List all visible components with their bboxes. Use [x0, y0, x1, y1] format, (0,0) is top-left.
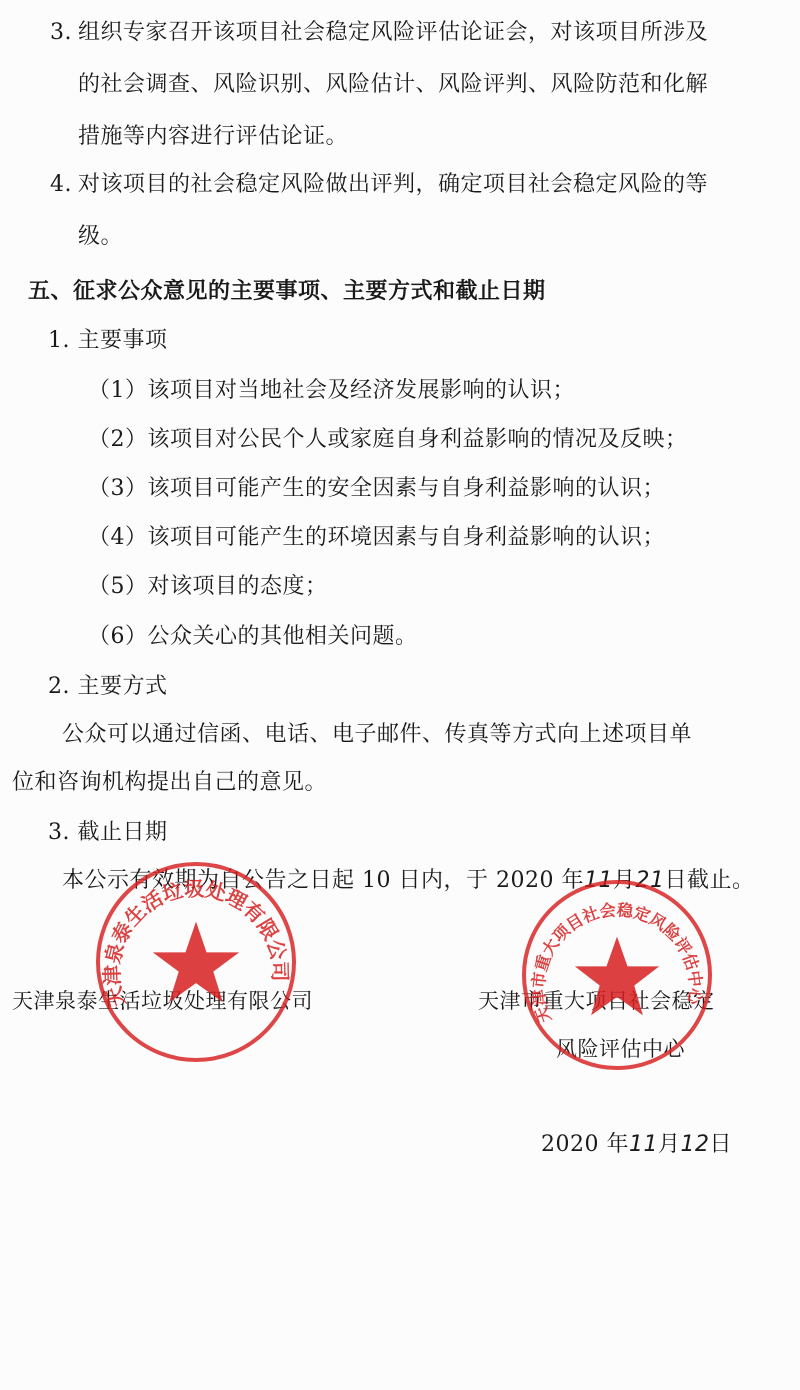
- seal-star-icon: 天津市重大项目社会稳定风险评估中心: [526, 884, 708, 1066]
- paragraph-line: 位和咨询机构提出自己的意见。: [12, 768, 327, 798]
- date-year: 2020 年: [541, 1132, 629, 1157]
- date-month: 11: [629, 1132, 658, 1157]
- list-item: （1）该项目对当地社会及经济发展影响的认识；: [88, 376, 575, 406]
- item-3-line-2: 的社会调查、风险识别、风险估计、风险评判、风险防范和化解: [78, 70, 708, 100]
- section-heading: 五、征求公众意见的主要事项、主要方式和截止日期: [28, 276, 546, 306]
- list-item: （3）该项目可能产生的安全因素与自身利益影响的认识；: [88, 474, 665, 504]
- list-item: （2）该项目对公民个人或家庭自身利益影响的情况及反映；: [88, 425, 688, 455]
- list-number: 3.: [50, 18, 72, 48]
- document-date: 2020 年11月12日: [541, 1130, 732, 1160]
- list-item: （5）对该项目的态度；: [88, 572, 328, 602]
- date-day: 12: [681, 1132, 710, 1157]
- paragraph-line: 公众可以通过信函、电话、电子邮件、传真等方式向上述项目单: [62, 720, 692, 750]
- item-4-line-1: 对该项目的社会稳定风险做出评判，确定项目社会稳定风险的等: [78, 170, 708, 200]
- subsection-title: 3. 截止日期: [48, 818, 167, 848]
- list-number: 4.: [50, 170, 72, 200]
- subsection-title: 2. 主要方式: [48, 672, 167, 702]
- company-seal-left: 天津泉泰生活垃圾处理有限公司: [96, 862, 296, 1062]
- subsection-title: 1. 主要事项: [48, 326, 167, 356]
- item-3-line-3: 措施等内容进行评估论证。: [78, 122, 348, 152]
- list-item: （4）该项目可能产生的环境因素与自身利益影响的认识；: [88, 523, 665, 553]
- seal-star-icon: 天津泉泰生活垃圾处理有限公司: [100, 866, 292, 1058]
- item-3-line-1: 组织专家召开该项目社会稳定风险评估论证会，对该项目所涉及: [78, 18, 708, 48]
- date-month-unit: 月: [658, 1132, 681, 1157]
- list-item: （6）公众关心的其他相关问题。: [88, 622, 418, 652]
- company-seal-right: 天津市重大项目社会稳定风险评估中心: [522, 880, 712, 1070]
- date-day-unit: 日: [710, 1132, 733, 1157]
- item-4-line-2: 级。: [78, 222, 123, 252]
